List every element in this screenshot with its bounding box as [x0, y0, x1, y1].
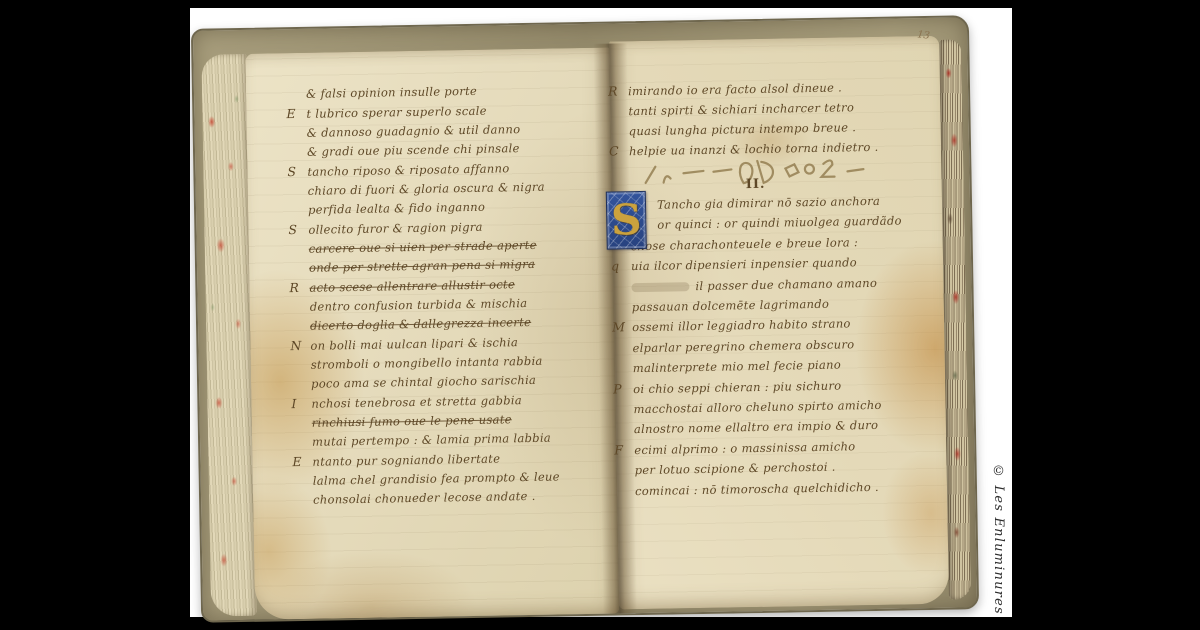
stanza-initial: R	[289, 278, 309, 297]
line-text: stromboli o mongibello intanta rabbia	[311, 354, 543, 372]
stanza-initial: M	[612, 318, 632, 339]
line-text: il passer due chamano amano	[631, 276, 877, 294]
line-text: rinchiusi fumo oue le pene usate	[312, 412, 512, 429]
illuminated-initial-letter: S	[611, 199, 642, 242]
line-text: acto scese allentrare allustir octe	[309, 277, 515, 295]
line-text: passauan dolcemēte lagrimando	[632, 297, 830, 314]
line-text: chonsolai chonueder lecose andate .	[313, 489, 536, 507]
line-text: poco ama se chintal giocho sarischia	[311, 373, 536, 391]
line-text: Tancho gia dimirar nō sazio anchora	[657, 194, 880, 212]
section-number-heading: II.	[726, 176, 786, 192]
line-text: ollecito furor & ragion pigra	[308, 220, 483, 237]
line-text: elparlar peregrino chemera obscuro	[632, 337, 854, 355]
stanza-initial: E	[292, 452, 312, 471]
photo-canvas: 13 & falsi opinion insulle porteEt lubri…	[0, 0, 1200, 630]
left-page-text: & falsi opinion insulle porteEt lubrico …	[306, 80, 613, 510]
line-text: & falsi opinion insulle porte	[306, 84, 477, 101]
line-text: dentro confusion turbida & mischia	[310, 296, 528, 314]
line-text: tancho riposo & riposato affanno	[307, 161, 509, 179]
line-text: or quinci : or quindi miuolgea guardãdo	[657, 214, 902, 232]
line-text: lalma chel grandisio fea prompto & leue	[313, 469, 560, 487]
line-text: dicerto doglia & dallegrezza incerte	[310, 315, 531, 333]
line-text: nchosi tenebrosa et stretta gabbia	[311, 393, 522, 411]
copyright-credit: © Les Enluminures	[991, 464, 1006, 615]
line-text: quasi lungha pictura intempo breue .	[629, 120, 857, 138]
line-text: ecimi alprimo : o massinissa amicho	[634, 439, 855, 457]
line-text: alnostro nome ellaltro era impio & duro	[634, 418, 879, 436]
stanza-initial: R	[608, 81, 628, 101]
line-text: per lotuo scipione & perchostoi .	[635, 460, 836, 478]
line-text: uia ilcor dipensieri inpensier quando	[631, 255, 857, 273]
line-text: carcere oue si uien per strade aperte	[309, 238, 537, 256]
line-text: perfida lealta & fido inganno	[308, 200, 485, 217]
line-text: mutai pertempo : & lamia prima labbia	[312, 431, 551, 449]
line-text: malinterprete mio mel fecie piano	[633, 358, 841, 376]
line-text: chose charachonteuele e breue lora :	[631, 235, 859, 253]
stanza-initial: F	[614, 440, 634, 461]
line-text: comincai : nō timoroscha quelchidicho .	[635, 480, 879, 498]
line-text: on bolli mai uulcan lipari & ischia	[310, 335, 518, 353]
right-page-stanza-text: Tancho gia dimirar nō sazio anchoraor qu…	[630, 190, 947, 501]
line-text: imirando io era facto alsol dineue .	[628, 80, 842, 98]
illuminated-initial-block: S	[606, 191, 647, 250]
stanza-initial: I	[291, 394, 311, 413]
folio-number: 13	[916, 29, 930, 41]
stanza-initial: q	[611, 256, 631, 277]
stanza-initial: C	[609, 141, 629, 161]
stanza-initial: E	[286, 104, 306, 123]
line-text: chiaro di fuori & gloria oscura & nigra	[308, 180, 545, 198]
stanza-initial: S	[287, 162, 307, 181]
line-text: tanti spirti & sichiari incharcer tetro	[628, 100, 854, 118]
line-text: & gradi oue piu scende chi pinsale	[307, 141, 520, 159]
stanza-initial: N	[290, 336, 310, 355]
line-text: ossemi illor leggiadro habito strano	[632, 317, 851, 335]
stanza-initial: P	[613, 379, 633, 400]
line-text: oi chio seppi chieran : piu sichuro	[633, 378, 841, 396]
white-mat-background: 13 & falsi opinion insulle porteEt lubri…	[190, 8, 1012, 617]
line-text: t lubrico sperar superlo scale	[306, 104, 487, 121]
stanza-initial: S	[288, 220, 308, 239]
line-text: macchostai alloro cheluno spirto amicho	[633, 398, 881, 416]
line-text: ntanto pur sogniando libertate	[312, 452, 500, 469]
line-text: onde per strette agran pena si migra	[309, 257, 535, 275]
line-text: & dannoso guadagnio & util danno	[307, 122, 521, 140]
right-page-top-text: Rimirando io era facto alsol dineue .tan…	[628, 76, 941, 161]
manuscript-book: 13 & falsi opinion insulle porteEt lubri…	[191, 15, 979, 622]
